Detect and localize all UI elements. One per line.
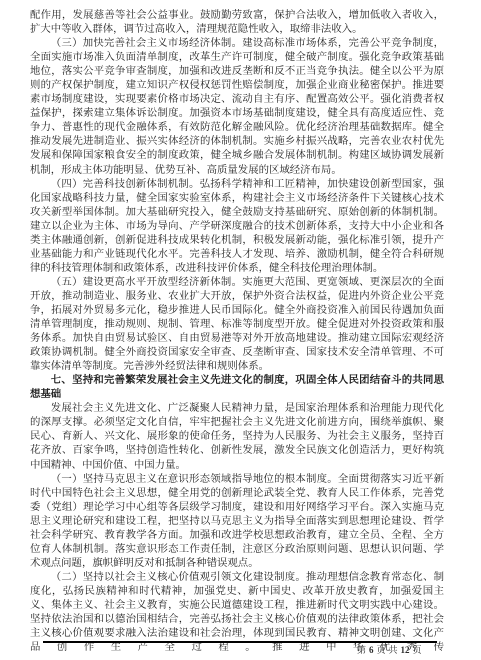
footer-text-total-prefix: 共	[388, 645, 397, 655]
paragraph-continuation: 配作用，发展慈善等社会公益事业。鼓励勤劳致富，保护合法收入，增加低收入者收入，扩…	[30, 9, 444, 37]
footer-current-page: 6	[369, 645, 374, 655]
paragraph-item-1: （一）坚持马克思主义在意识形态领域指导地位的根本制度。全面贯彻落实习近平新时代中…	[30, 473, 444, 571]
footer-text-prefix: 第	[357, 645, 366, 655]
paragraph-item-3: （三）加快完善社会主义市场经济体制。建设高标准市场体系，完善公平竞争制度，全面实…	[30, 37, 444, 177]
section-heading-seven: 七、坚持和完善繁荣发展社会主义先进文化的制度，巩固全体人民团结奋斗的共同思想基础	[30, 374, 444, 402]
footer-total-pages: 12	[400, 645, 409, 655]
document-body: 配作用，发展慈善等社会公益事业。鼓励勤劳致富，保护合法收入，增加低收入者收入，扩…	[30, 9, 444, 655]
document-page: 配作用，发展慈善等社会公益事业。鼓励勤劳致富，保护合法收入，增加低收入者收入，扩…	[0, 0, 481, 660]
footer-text-total-page: 页	[412, 645, 421, 655]
paragraph-section-intro: 发展社会主义先进文化、广泛凝聚人民精神力量，是国家治理体系和治理能力现代化的深厚…	[30, 402, 444, 472]
paragraph-item-4: （四）完善科技创新体制机制。弘扬科学精神和工匠精神，加快建设创新型国家，强化国家…	[30, 178, 444, 276]
paragraph-item-5: （五）建设更高水平开放型经济新体制。实施更大范围、更宽领域、更深层次的全面开放，…	[30, 276, 444, 374]
footer-rule	[43, 641, 437, 643]
page-number-label: 第6页共12页	[43, 645, 423, 655]
footer-text-page: 页	[376, 645, 385, 655]
